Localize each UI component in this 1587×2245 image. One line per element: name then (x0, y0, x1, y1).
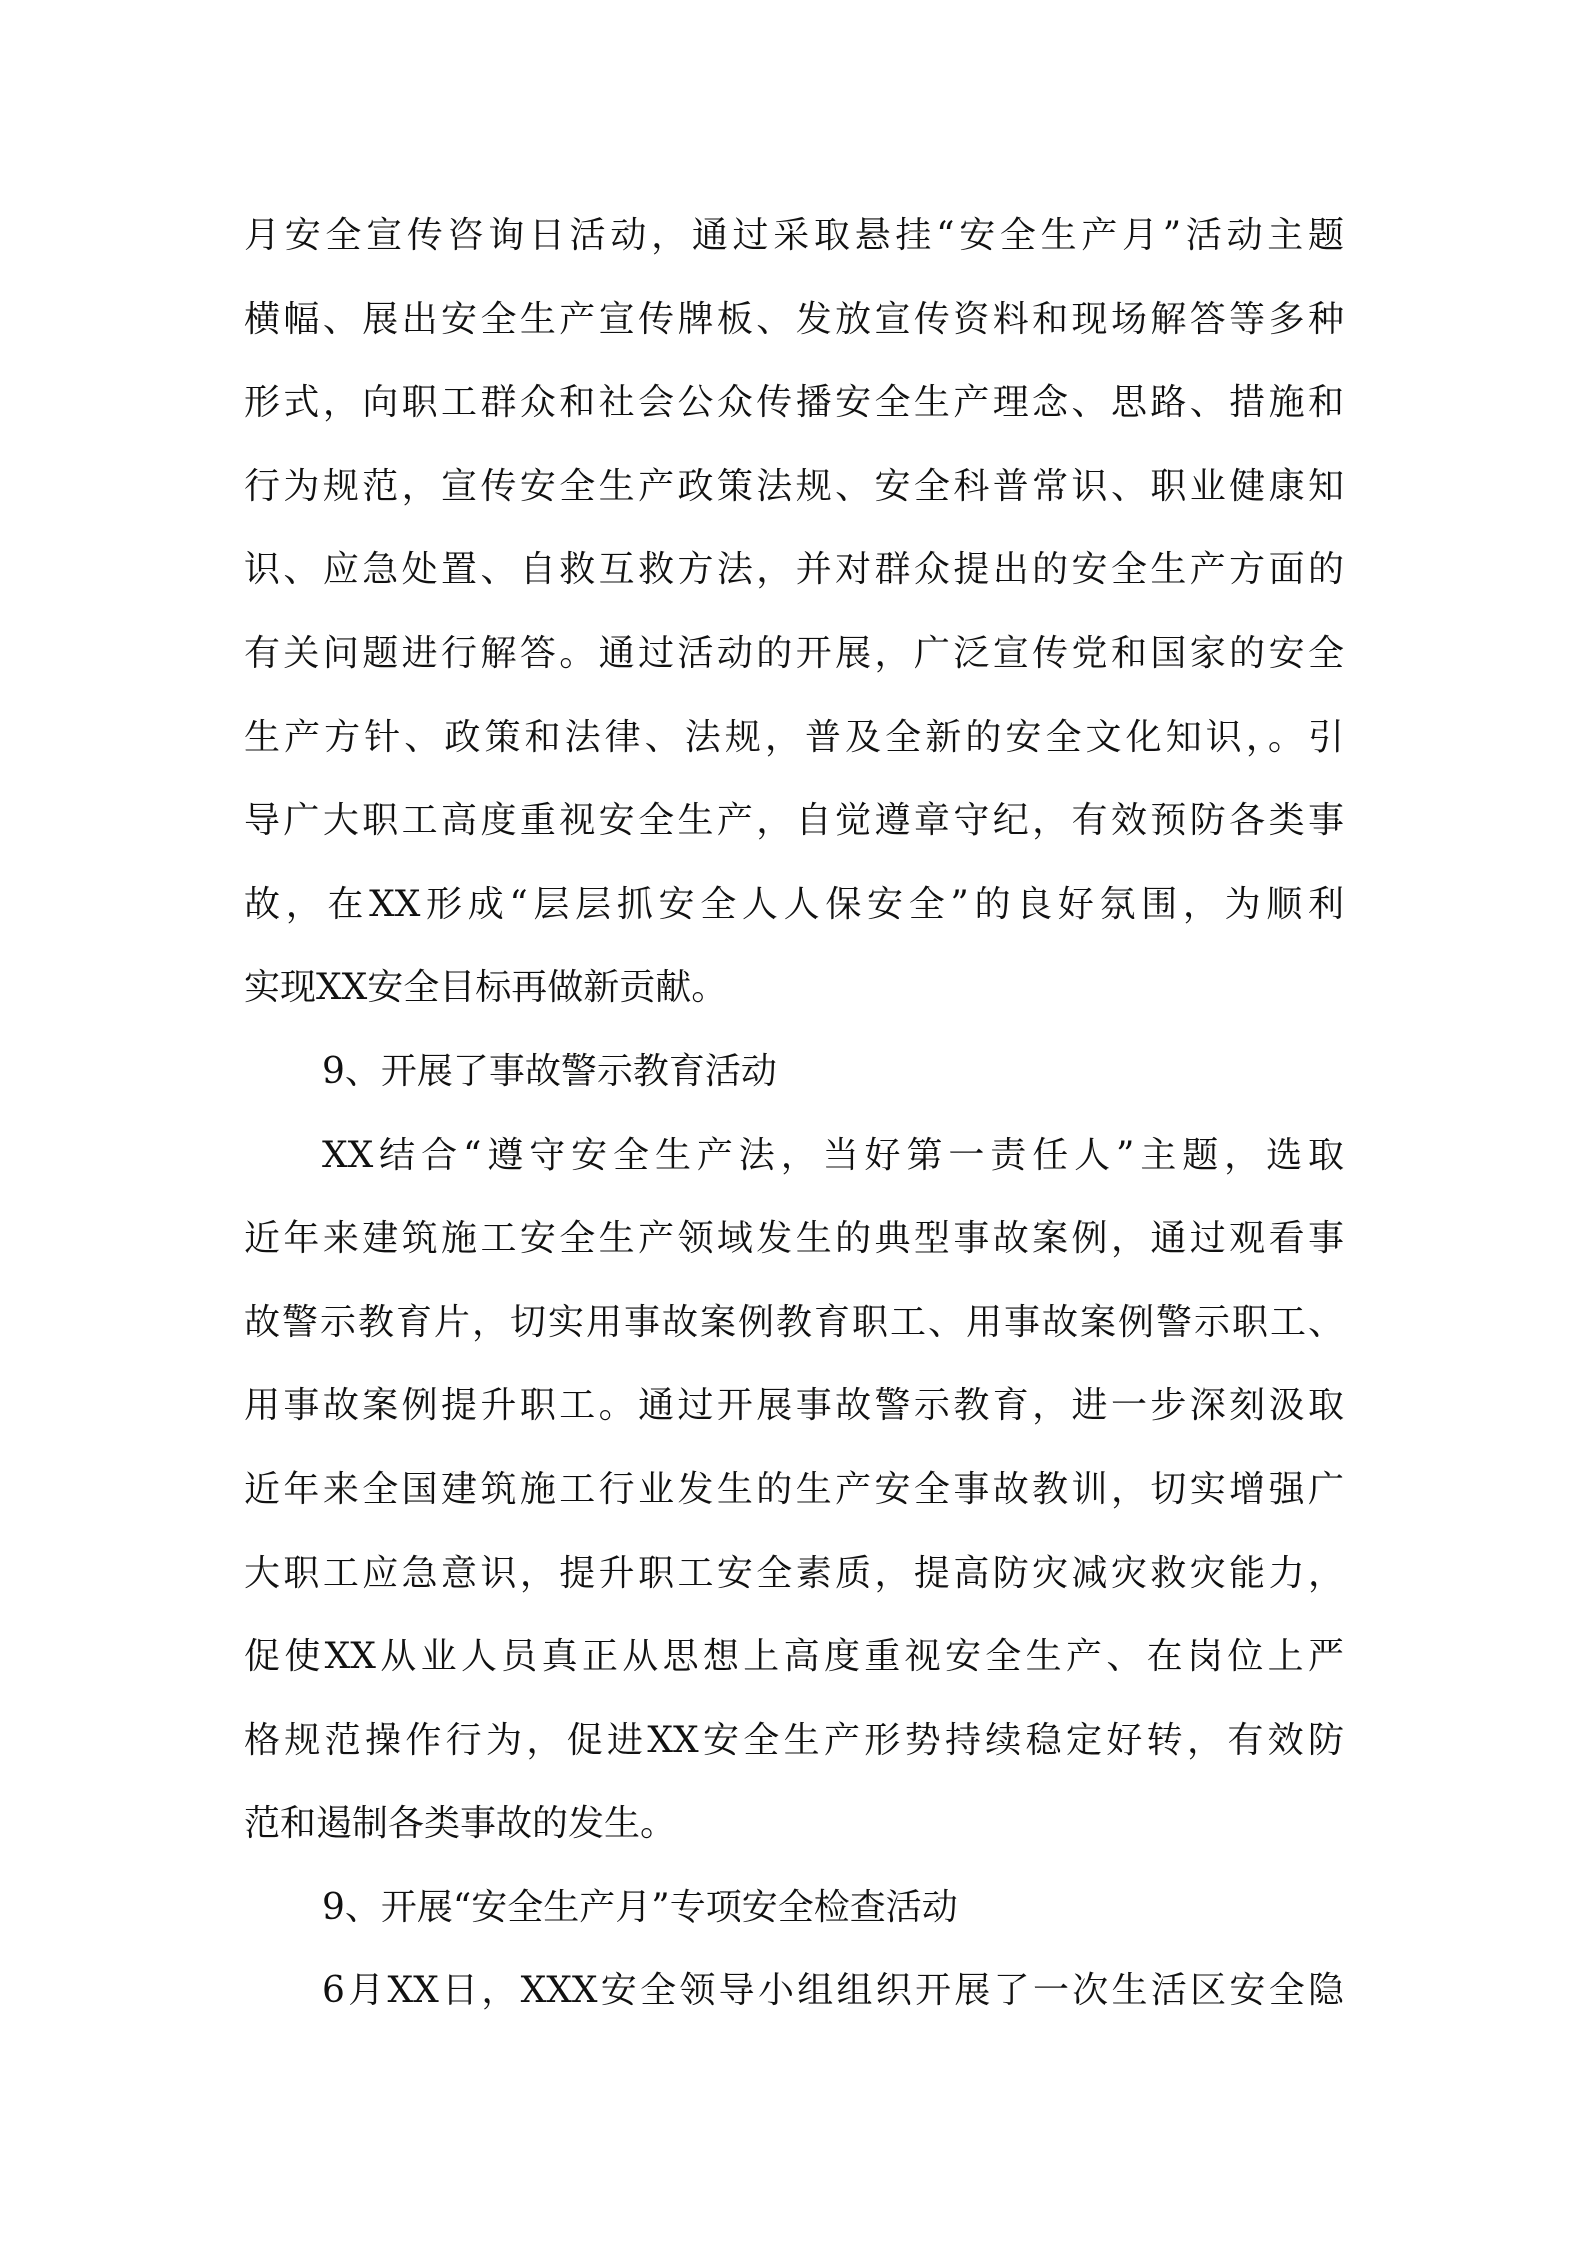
section-heading-special-inspection: 9、开展“安全生产月”专项安全检查活动 (244, 1878, 1344, 1962)
document-body: 月安全宣传咨询日活动，通过采取悬挂“安全生产月”活动主题 横幅、展出安全生产宣传… (244, 206, 1344, 2045)
text-line: 6月XX日，XXX安全领导小组组织开展了一次生活区安全隐 (244, 1961, 1344, 2045)
text-line: 有关问题进行解答。通过活动的开展，广泛宣传党和国家的安全 (244, 624, 1344, 708)
paragraph-accident-warning: XX结合“遵守安全生产法，当好第一责任人”主题，选取 近年来建筑施工安全生产领域… (244, 1126, 1344, 1878)
text-line: XX结合“遵守安全生产法，当好第一责任人”主题，选取 (244, 1126, 1344, 1210)
paragraph-promo-day: 月安全宣传咨询日活动，通过采取悬挂“安全生产月”活动主题 横幅、展出安全生产宣传… (244, 206, 1344, 1042)
text-line: 用事故案例提升职工。通过开展事故警示教育，进一步深刻汲取 (244, 1376, 1344, 1460)
paragraph-special-inspection: 6月XX日，XXX安全领导小组组织开展了一次生活区安全隐 (244, 1961, 1344, 2045)
text-line: 月安全宣传咨询日活动，通过采取悬挂“安全生产月”活动主题 (244, 206, 1344, 290)
text-line: 横幅、展出安全生产宣传牌板、发放宣传资料和现场解答等多种 (244, 290, 1344, 374)
section-heading-accident-warning: 9、开展了事故警示教育活动 (244, 1042, 1344, 1126)
text-line: 近年来全国建筑施工行业发生的生产安全事故教训，切实增强广 (244, 1460, 1344, 1544)
text-line: 大职工应急意识，提升职工安全素质，提高防灾减灾救灾能力， (244, 1544, 1344, 1628)
text-line: 故，在XX形成“层层抓安全人人保安全”的良好氛围，为顺利 (244, 875, 1344, 959)
text-line: 故警示教育片，切实用事故案例教育职工、用事故案例警示职工、 (244, 1293, 1344, 1377)
text-line: 范和遏制各类事故的发生。 (244, 1794, 1344, 1878)
text-line: 实现XX安全目标再做新贡献。 (244, 958, 1344, 1042)
text-line: 导广大职工高度重视安全生产，自觉遵章守纪，有效预防各类事 (244, 791, 1344, 875)
text-line: 近年来建筑施工安全生产领域发生的典型事故案例，通过观看事 (244, 1209, 1344, 1293)
text-line: 行为规范，宣传安全生产政策法规、安全科普常识、职业健康知 (244, 457, 1344, 541)
text-line: 识、应急处置、自救互救方法，并对群众提出的安全生产方面的 (244, 540, 1344, 624)
text-line: 形式，向职工群众和社会公众传播安全生产理念、思路、措施和 (244, 373, 1344, 457)
text-line: 促使XX从业人员真正从思想上高度重视安全生产、在岗位上严 (244, 1627, 1344, 1711)
document-page: 月安全宣传咨询日活动，通过采取悬挂“安全生产月”活动主题 横幅、展出安全生产宣传… (0, 0, 1587, 2245)
text-line: 生产方针、政策和法律、法规，普及全新的安全文化知识，。引 (244, 708, 1344, 792)
text-line: 格规范操作行为，促进XX安全生产形势持续稳定好转，有效防 (244, 1711, 1344, 1795)
